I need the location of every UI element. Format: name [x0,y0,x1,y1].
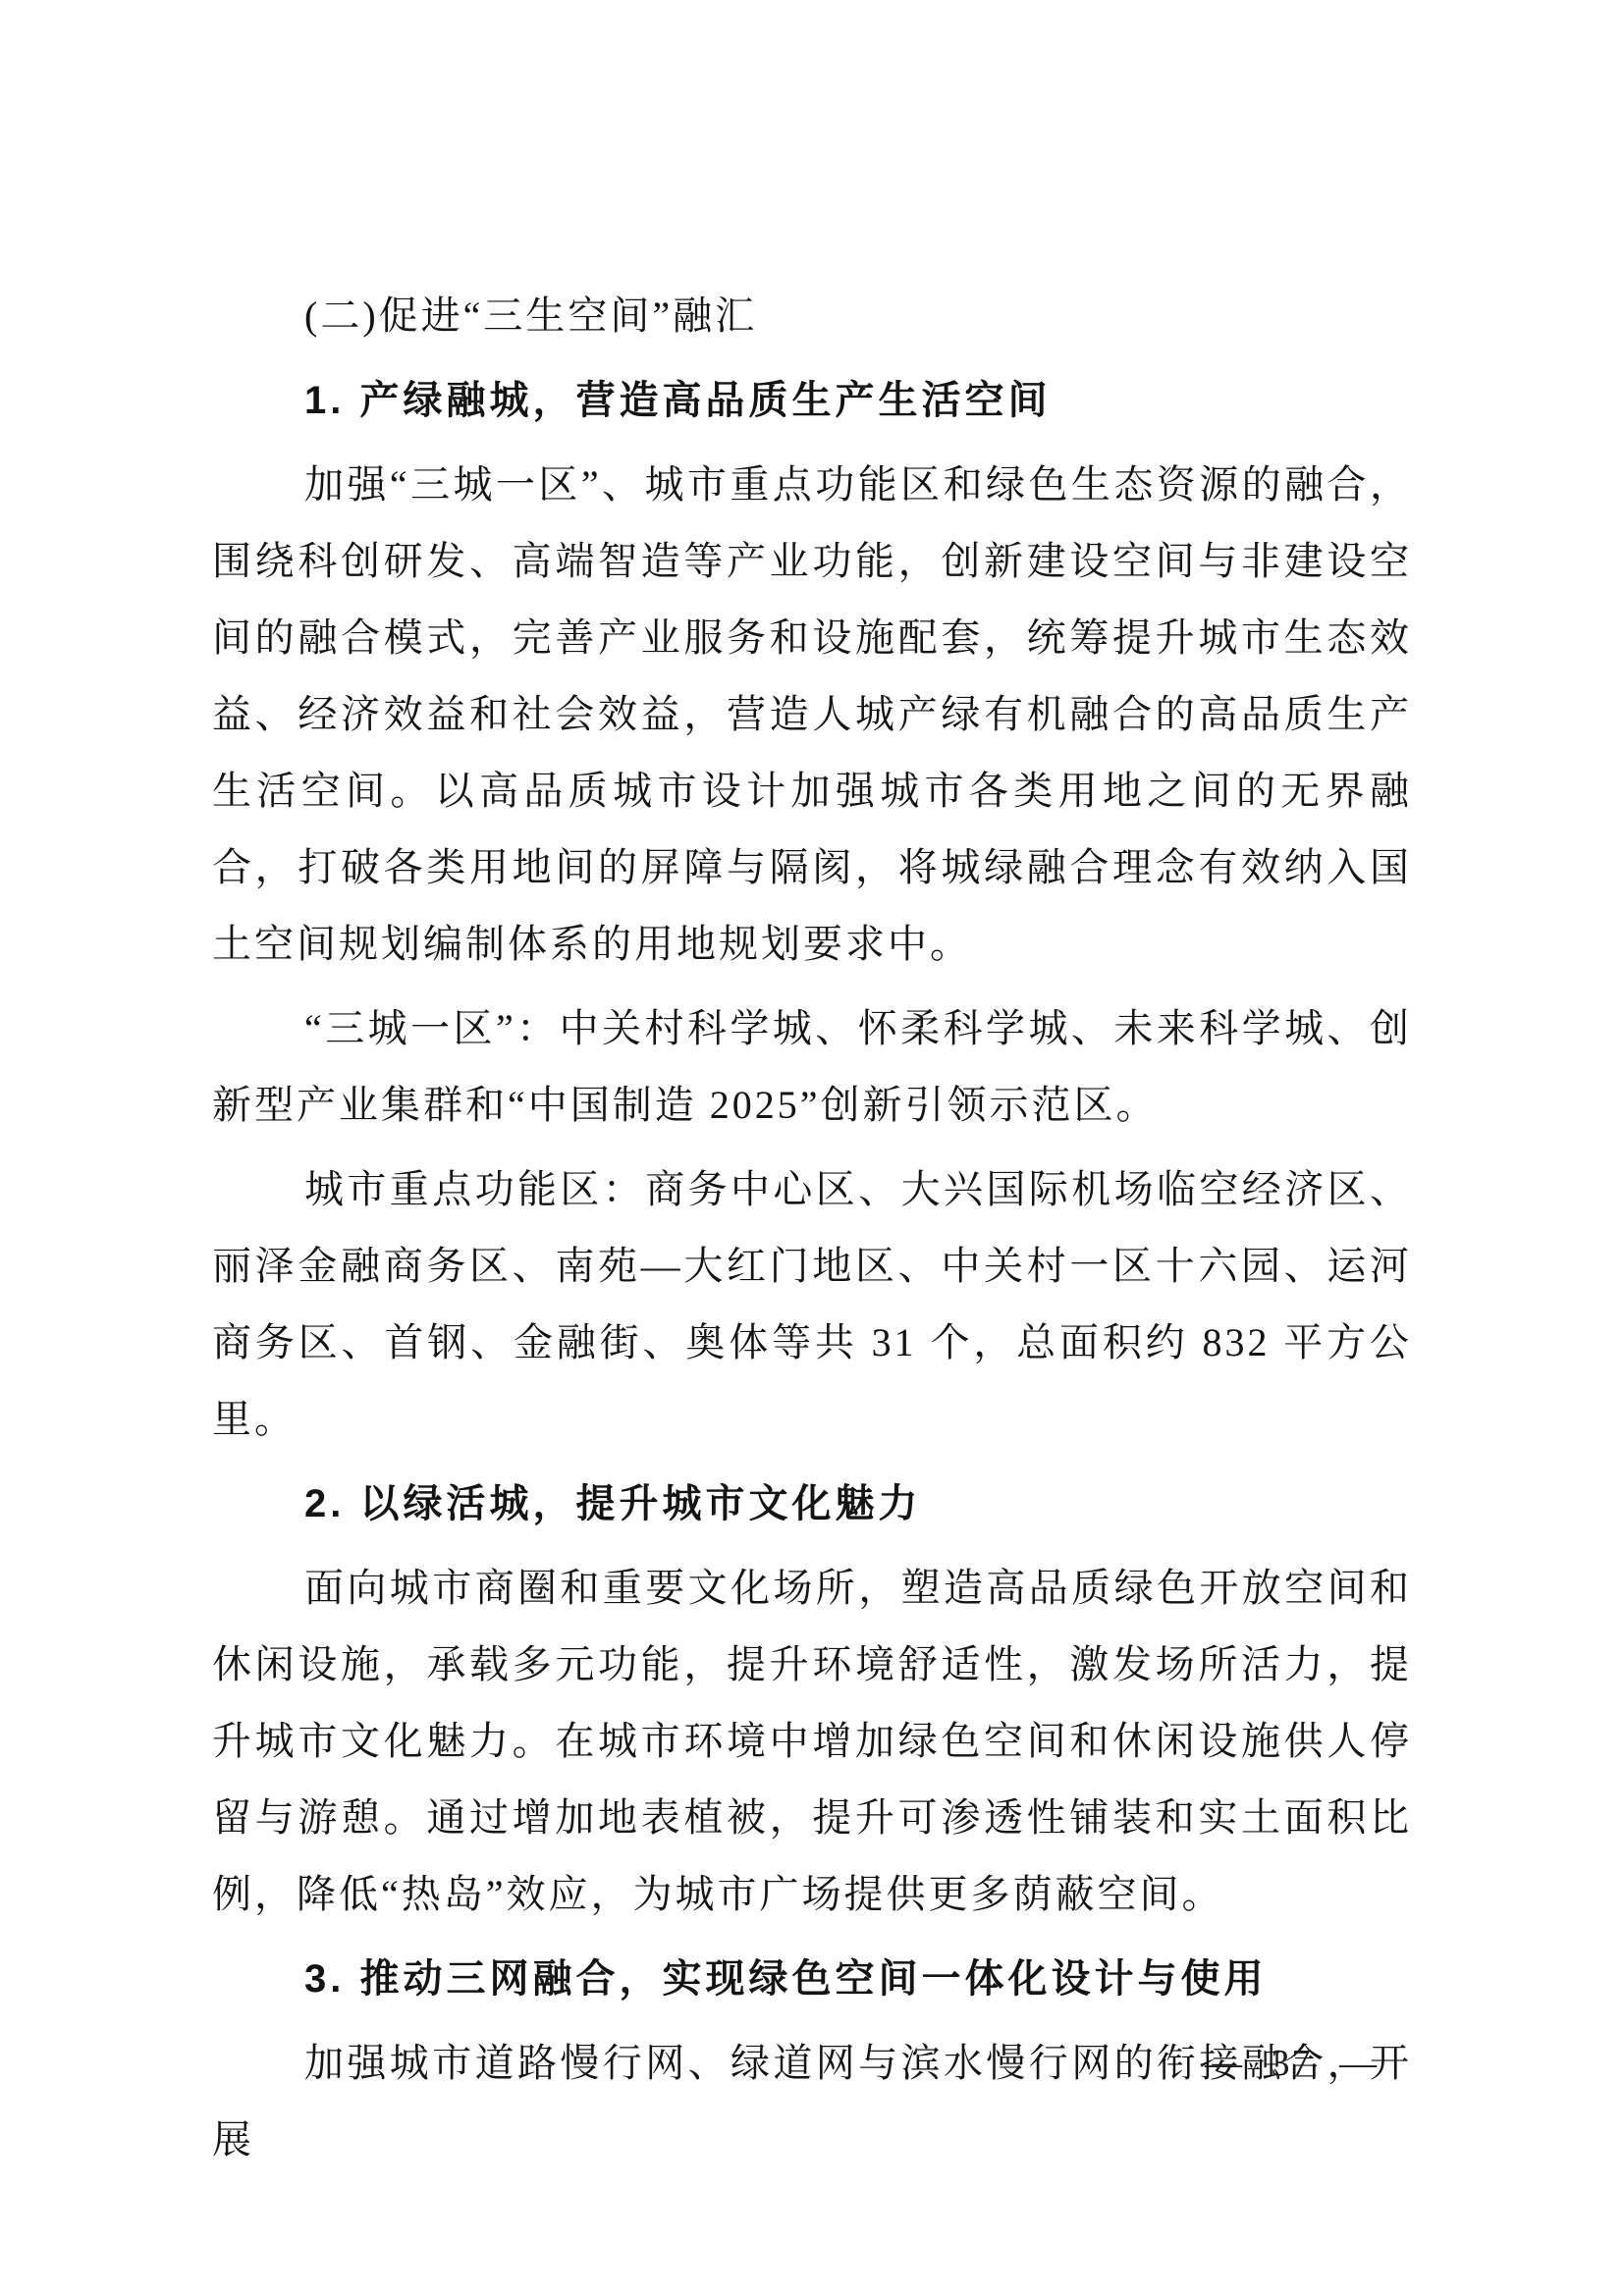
note-key-function-areas: 城市重点功能区：商务中心区、大兴国际机场临空经济区、丽泽金融商务区、南苑—大红门… [212,1151,1412,1458]
subsection-heading-1: 1. 产绿融城，营造高品质生产生活空间 [212,362,1412,439]
subsection-heading-2: 2. 以绿活城，提升城市文化魅力 [212,1466,1412,1542]
subsection-heading-3: 3. 推动三网融合，实现绿色空间一体化设计与使用 [212,1941,1412,2017]
section-heading: (二)促进“三生空间”融汇 [212,278,1412,354]
document-page: (二)促进“三生空间”融汇 1. 产绿融城，营造高品质生产生活空间 加强“三城一… [0,0,1624,2296]
page-content: (二)促进“三生空间”融汇 1. 产绿融城，营造高品质生产生活空间 加强“三城一… [212,278,1412,2178]
paragraph-2: 面向城市商圈和重要文化场所，塑造高品质绿色开放空间和休闲设施，承载多元功能，提升… [212,1550,1412,1933]
page-number: — 37 — [1205,2043,1379,2084]
paragraph-1: 加强“三城一区”、城市重点功能区和绿色生态资源的融合，围绕科创研发、高端智造等产… [212,447,1412,983]
note-three-cities-one-area: “三城一区”：中关村科学城、怀柔科学城、未来科学城、创新型产业集群和“中国制造 … [212,990,1412,1144]
page-footer: — 37 — [1205,2040,1379,2087]
